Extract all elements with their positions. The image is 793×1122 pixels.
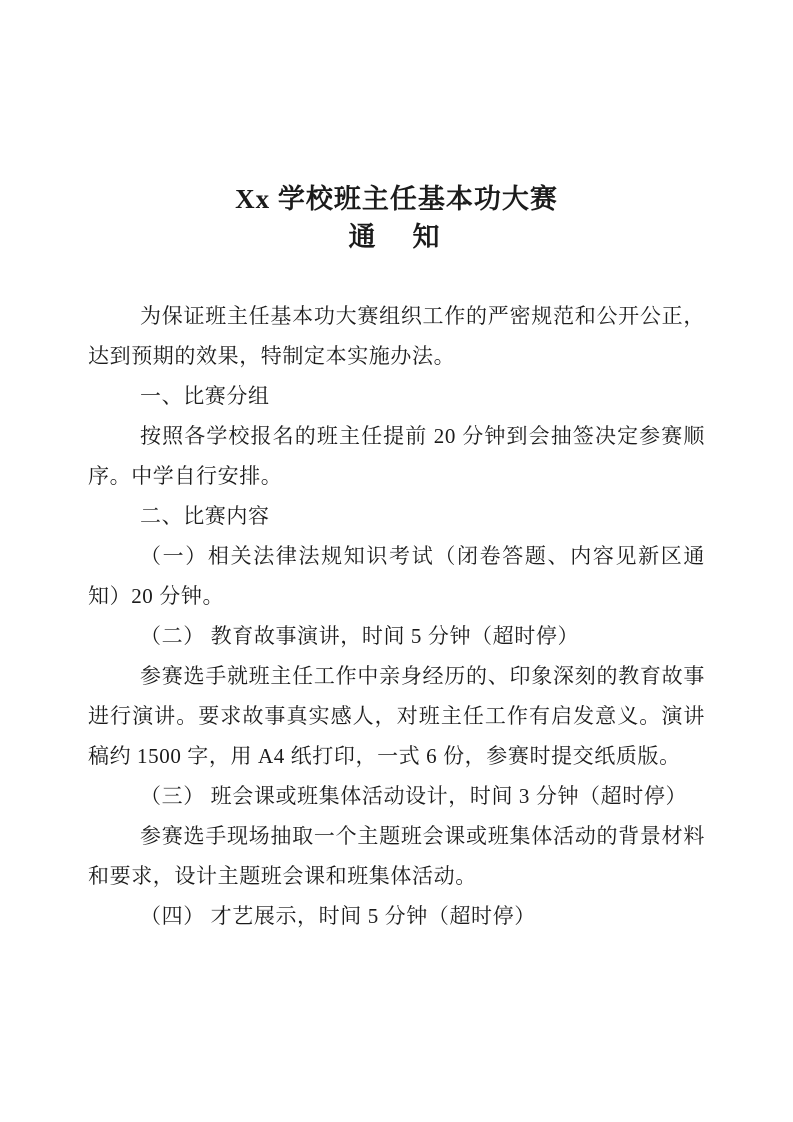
paragraph: （四） 才艺展示，时间 5 分钟（超时停） <box>88 896 705 936</box>
document-title: Xx 学校班主任基本功大赛 <box>88 180 705 218</box>
paragraph: 参赛选手现场抽取一个主题班会课或班集体活动的背景材料和要求，设计主题班会课和班集… <box>88 816 705 896</box>
paragraph: 二、比赛内容 <box>88 496 705 536</box>
paragraph: （二） 教育故事演讲，时间 5 分钟（超时停） <box>88 616 705 656</box>
document-page: Xx 学校班主任基本功大赛 通 知 为保证班主任基本功大赛组织工作的严密规范和公… <box>0 0 793 1122</box>
paragraph: 为保证班主任基本功大赛组织工作的严密规范和公开公正，达到预期的效果，特制定本实施… <box>88 296 705 376</box>
paragraph: （三） 班会课或班集体活动设计，时间 3 分钟（超时停） <box>88 776 705 816</box>
paragraph: 按照各学校报名的班主任提前 20 分钟到会抽签决定参赛顺序。中学自行安排。 <box>88 416 705 496</box>
document-body: 为保证班主任基本功大赛组织工作的严密规范和公开公正，达到预期的效果，特制定本实施… <box>88 296 705 936</box>
document-subtitle: 通 知 <box>88 218 705 256</box>
paragraph: （一）相关法律法规知识考试（闭卷答题、内容见新区通知）20 分钟。 <box>88 536 705 616</box>
paragraph: 参赛选手就班主任工作中亲身经历的、印象深刻的教育故事进行演讲。要求故事真实感人，… <box>88 656 705 776</box>
paragraph: 一、比赛分组 <box>88 376 705 416</box>
